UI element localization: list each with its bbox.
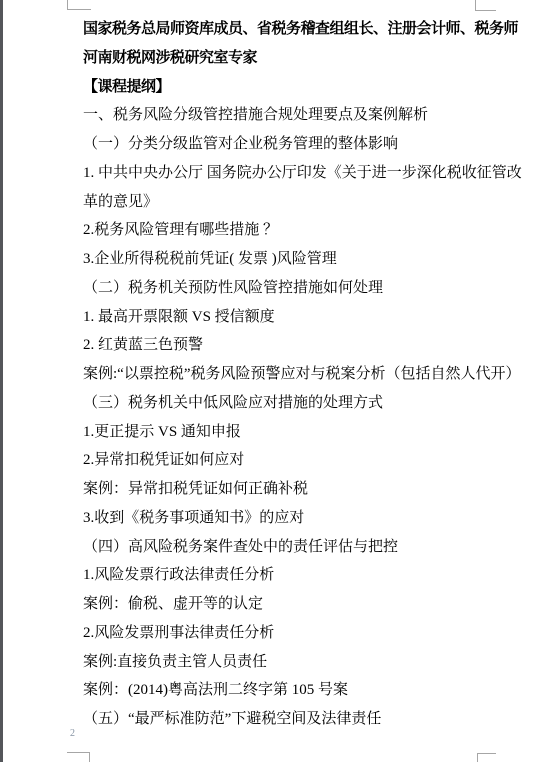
text-line: 1. 中共中央办公厅 国务院办公厅印发《关于进一步深化税收征管改: [83, 159, 503, 188]
text-line: （一）分类分级监管对企业税务管理的整体影响: [83, 130, 503, 159]
text-line: （三）税务机关中低风险应对措施的处理方式: [83, 389, 503, 418]
text-line: 案例:“以票控税”税务风险预警应对与税案分析（包括自然人代开）: [83, 360, 503, 389]
text-line: 案例：偷税、虚开等的认定: [83, 590, 503, 619]
margin-crop-mark-bottom-left: [67, 752, 90, 762]
text-line: 案例：异常扣税凭证如何正确补税: [83, 475, 503, 504]
page-left-edge: [0, 0, 3, 762]
text-line: 2.税务风险管理有哪些措施 ？: [83, 216, 503, 245]
text-line: 1. 最高开票限额 VS 授信额度: [83, 303, 503, 332]
text-line: 2. 红黄蓝三色预警: [83, 331, 503, 360]
text-line: 【课程提纲】: [83, 73, 503, 102]
text-line: 1.更正提示 VS 通知申报: [83, 418, 503, 447]
margin-crop-mark-top-left: [67, 0, 91, 10]
text-line: （五）“最严标准防范”下避税空间及法律责任: [83, 705, 503, 734]
text-line: 2.异常扣税凭证如何应对: [83, 446, 503, 475]
text-line: 国家税务总局师资库成员、省税务稽查组组长、注册会计师、税务师: [83, 15, 503, 44]
text-line: 革的意见》: [83, 188, 503, 217]
document-page: 国家税务总局师资库成员、省税务稽查组组长、注册会计师、税务师河南财税网涉税研究室…: [0, 0, 557, 762]
text-line: （四）高风险税务案件查处中的责任评估与把控: [83, 533, 503, 562]
text-line: 河南财税网涉税研究室专家: [83, 44, 503, 73]
text-line: 1.风险发票行政法律责任分析: [83, 561, 503, 590]
margin-crop-mark-bottom-right: [477, 753, 496, 762]
text-line: 3.收到《税务事项通知书》的应对: [83, 504, 503, 533]
document-body: 国家税务总局师资库成员、省税务稽查组组长、注册会计师、税务师河南财税网涉税研究室…: [83, 15, 503, 734]
text-line: 案例:直接负责主管人员责任: [83, 648, 503, 677]
text-line: （二）税务机关预防性风险管控措施如何处理: [83, 274, 503, 303]
text-line: 一、税务风险分级管控措施合规处理要点及案例解析: [83, 101, 503, 130]
text-line: 3.企业所得税税前凭证( 发票 )风险管理: [83, 245, 503, 274]
text-line: 2.风险发票刑事法律责任分析: [83, 619, 503, 648]
margin-crop-mark-top-right: [475, 0, 496, 11]
page-number: 2: [70, 728, 75, 740]
text-line: 案例：(2014)粤高法刑二终字第 105 号案: [83, 676, 503, 705]
